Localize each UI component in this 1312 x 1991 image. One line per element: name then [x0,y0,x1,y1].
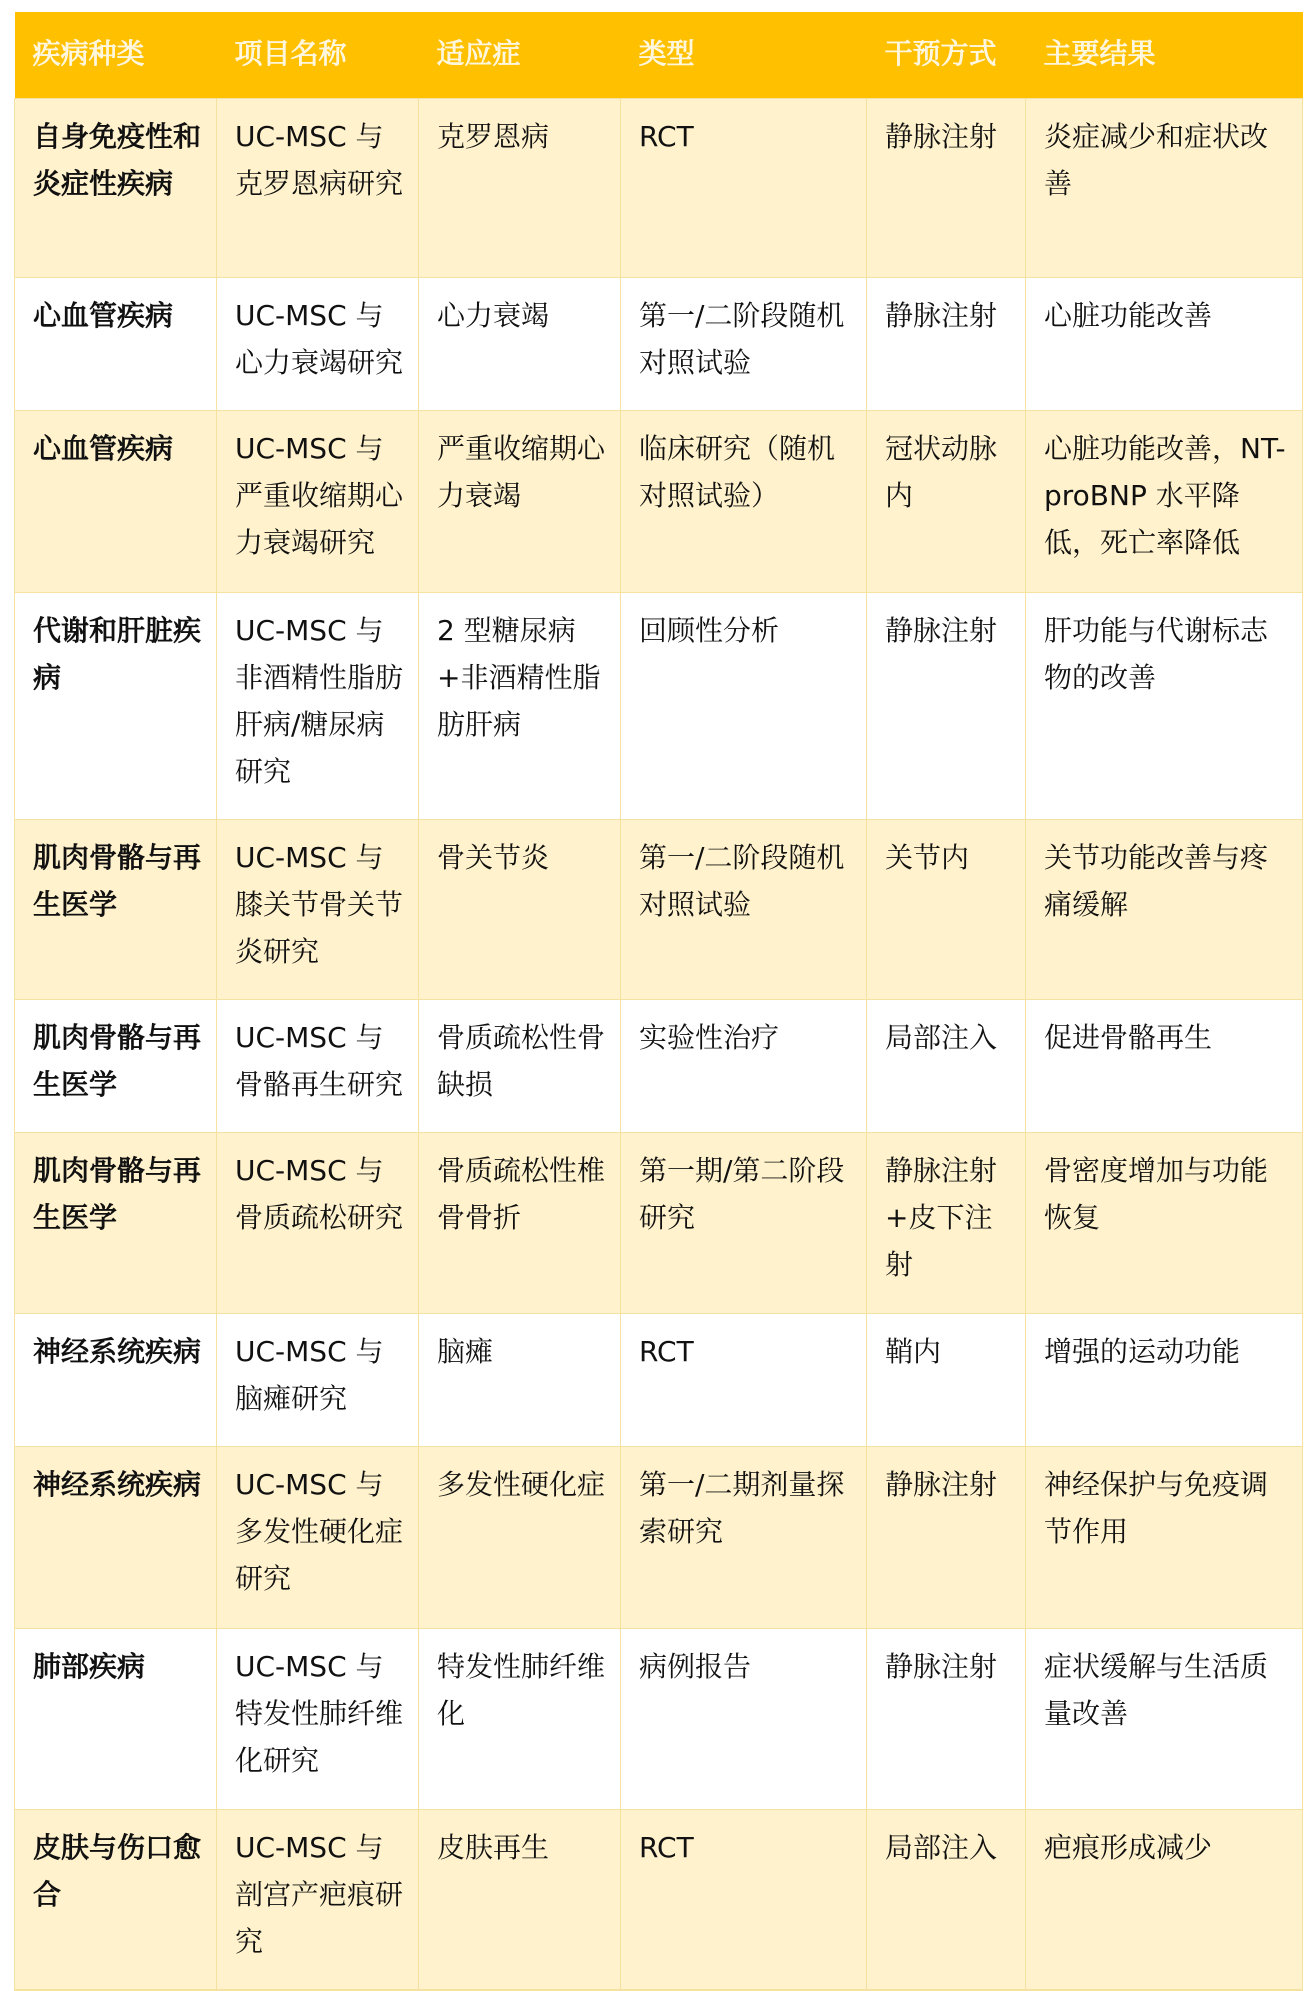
cell-result: 症状缓解与生活质量改善 [1026,1628,1303,1809]
cell-indication: 2 型糖尿病+非酒精性脂肪肝病 [419,592,621,819]
table-row: 神经系统疾病 UC-MSC 与脑瘫研究 脑瘫 RCT 鞘内 增强的运动功能 [15,1313,1303,1446]
table-row: 神经系统疾病 UC-MSC 与多发性硬化症研究 多发性硬化症 第一/二期剂量探索… [15,1446,1303,1628]
cell-project: UC-MSC 与骨质疏松研究 [217,1132,419,1313]
cell-type: 回顾性分析 [621,592,867,819]
cell-intervention: 静脉注射 [867,592,1026,819]
cell-type: 第一/二阶段随机对照试验 [621,819,867,999]
cell-category: 皮肤与伤口愈合 [15,1809,217,1990]
cell-category: 代谢和肝脏疾病 [15,592,217,819]
cell-intervention: 局部注入 [867,999,1026,1132]
cell-project: UC-MSC 与严重收缩期心力衰竭研究 [217,410,419,592]
cell-type: RCT [621,1313,867,1446]
table-row: 代谢和肝脏疾病 UC-MSC 与非酒精性脂肪肝病/糖尿病研究 2 型糖尿病+非酒… [15,592,1303,819]
cell-category: 自身免疫性和炎症性疾病 [15,98,217,277]
cell-indication: 心力衰竭 [419,277,621,410]
cell-intervention: 鞘内 [867,1313,1026,1446]
cell-type: 实验性治疗 [621,999,867,1132]
cell-category: 肌肉骨骼与再生医学 [15,819,217,999]
cell-indication: 多发性硬化症 [419,1446,621,1628]
cell-indication: 特发性肺纤维化 [419,1628,621,1809]
cell-type: 病例报告 [621,1628,867,1809]
cell-indication: 严重收缩期心力衰竭 [419,410,621,592]
table-row: 肌肉骨骼与再生医学 UC-MSC 与骨骼再生研究 骨质疏松性骨缺损 实验性治疗 … [15,999,1303,1132]
cell-category: 肌肉骨骼与再生医学 [15,1132,217,1313]
cell-intervention: 静脉注射+皮下注射 [867,1132,1026,1313]
table-row: 肌肉骨骼与再生医学 UC-MSC 与骨质疏松研究 骨质疏松性椎骨骨折 第一期/第… [15,1132,1303,1313]
header-intervention: 干预方式 [867,12,1026,98]
table-row: 肌肉骨骼与再生医学 UC-MSC 与膝关节骨关节炎研究 骨关节炎 第一/二阶段随… [15,819,1303,999]
cell-intervention: 静脉注射 [867,1628,1026,1809]
header-disease-category: 疾病种类 [15,12,217,98]
cell-intervention: 关节内 [867,819,1026,999]
cell-project: UC-MSC 与骨骼再生研究 [217,999,419,1132]
cell-category: 心血管疾病 [15,277,217,410]
cell-intervention: 静脉注射 [867,98,1026,277]
table-header-row: 疾病种类 项目名称 适应症 类型 干预方式 主要结果 [15,12,1303,98]
cell-result: 肝功能与代谢标志物的改善 [1026,592,1303,819]
cell-indication: 骨质疏松性骨缺损 [419,999,621,1132]
cell-result: 疤痕形成减少 [1026,1809,1303,1990]
cell-project: UC-MSC 与剖宫产疤痕研究 [217,1809,419,1990]
cell-type: RCT [621,1809,867,1990]
cell-result: 炎症减少和症状改善 [1026,98,1303,277]
cell-type: RCT [621,98,867,277]
cell-intervention: 静脉注射 [867,1446,1026,1628]
cell-result: 心脏功能改善 [1026,277,1303,410]
cell-result: 增强的运动功能 [1026,1313,1303,1446]
cell-project: UC-MSC 与心力衰竭研究 [217,277,419,410]
cell-project: UC-MSC 与特发性肺纤维化研究 [217,1628,419,1809]
cell-intervention: 冠状动脉内 [867,410,1026,592]
cell-project: UC-MSC 与多发性硬化症研究 [217,1446,419,1628]
cell-type: 第一期/第二阶段研究 [621,1132,867,1313]
table-row: 皮肤与伤口愈合 UC-MSC 与剖宫产疤痕研究 皮肤再生 RCT 局部注入 疤痕… [15,1809,1303,1990]
clinical-studies-table: 疾病种类 项目名称 适应症 类型 干预方式 主要结果 自身免疫性和炎症性疾病 U… [14,12,1303,1991]
table-row: 自身免疫性和炎症性疾病 UC-MSC 与克罗恩病研究 克罗恩病 RCT 静脉注射… [15,98,1303,277]
cell-intervention: 局部注入 [867,1809,1026,1990]
cell-result: 关节功能改善与疼痛缓解 [1026,819,1303,999]
cell-result: 促进骨骼再生 [1026,999,1303,1132]
cell-result: 心脏功能改善，NT-proBNP 水平降低，死亡率降低 [1026,410,1303,592]
table-row: 心血管疾病 UC-MSC 与严重收缩期心力衰竭研究 严重收缩期心力衰竭 临床研究… [15,410,1303,592]
cell-category: 神经系统疾病 [15,1446,217,1628]
table-row: 心血管疾病 UC-MSC 与心力衰竭研究 心力衰竭 第一/二阶段随机对照试验 静… [15,277,1303,410]
cell-category: 肺部疾病 [15,1628,217,1809]
cell-indication: 皮肤再生 [419,1809,621,1990]
header-main-result: 主要结果 [1026,12,1303,98]
header-indication: 适应症 [419,12,621,98]
cell-category: 心血管疾病 [15,410,217,592]
cell-type: 临床研究（随机对照试验） [621,410,867,592]
cell-result: 骨密度增加与功能恢复 [1026,1132,1303,1313]
cell-indication: 脑瘫 [419,1313,621,1446]
header-project-name: 项目名称 [217,12,419,98]
cell-project: UC-MSC 与克罗恩病研究 [217,98,419,277]
header-study-type: 类型 [621,12,867,98]
cell-indication: 骨关节炎 [419,819,621,999]
cell-indication: 骨质疏松性椎骨骨折 [419,1132,621,1313]
table-row: 肺部疾病 UC-MSC 与特发性肺纤维化研究 特发性肺纤维化 病例报告 静脉注射… [15,1628,1303,1809]
cell-type: 第一/二期剂量探索研究 [621,1446,867,1628]
cell-project: UC-MSC 与膝关节骨关节炎研究 [217,819,419,999]
cell-category: 神经系统疾病 [15,1313,217,1446]
cell-indication: 克罗恩病 [419,98,621,277]
cell-result: 神经保护与免疫调节作用 [1026,1446,1303,1628]
cell-category: 肌肉骨骼与再生医学 [15,999,217,1132]
cell-project: UC-MSC 与脑瘫研究 [217,1313,419,1446]
cell-intervention: 静脉注射 [867,277,1026,410]
cell-project: UC-MSC 与非酒精性脂肪肝病/糖尿病研究 [217,592,419,819]
cell-type: 第一/二阶段随机对照试验 [621,277,867,410]
clinical-studies-table-container: 疾病种类 项目名称 适应症 类型 干预方式 主要结果 自身免疫性和炎症性疾病 U… [14,12,1302,1991]
